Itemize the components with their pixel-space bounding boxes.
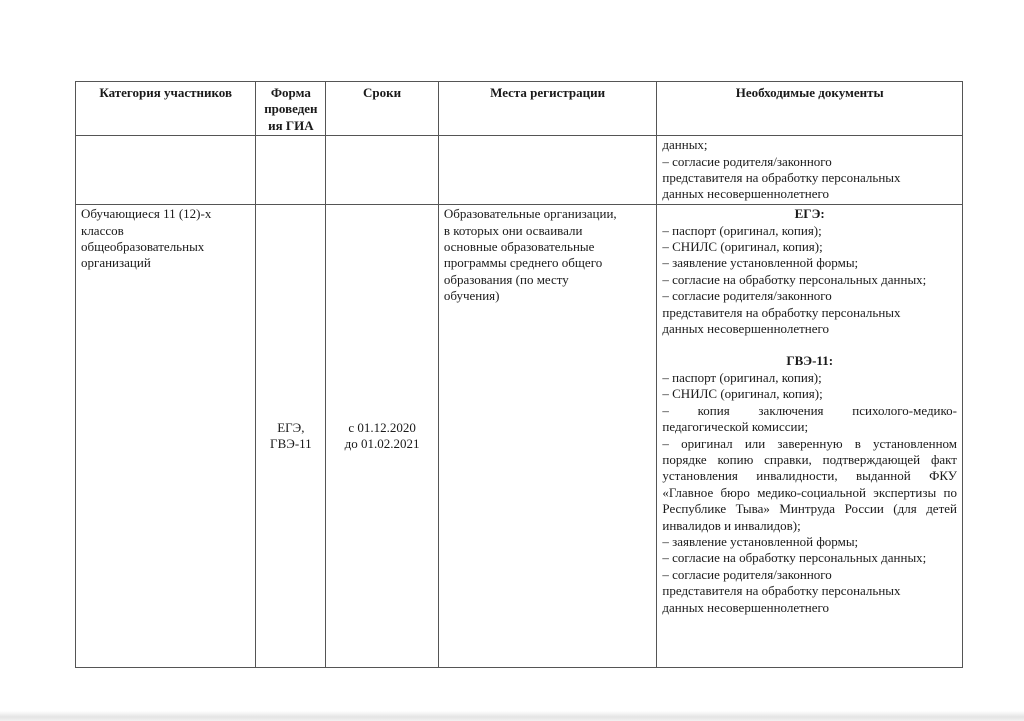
gve-document: – согласие на обработку персональных дан… [662,550,957,566]
ege-document: представителя на обработку персональных [662,305,957,321]
page-bottom-edge [0,711,1024,721]
category-line: Обучающиеся 11 (12)-х [81,206,250,222]
ege-document: – СНИЛС (оригинал, копия); [662,239,957,255]
cell-registration-place: Образовательные организации, в которых о… [438,205,657,668]
ege-document: – согласие на обработку персональных дан… [662,272,957,288]
gve-document: представителя на обработку персональных [662,583,957,599]
gve-section-title: ГВЭ-11: [662,353,957,369]
ege-document: – паспорт (оригинал, копия); [662,223,957,239]
header-documents: Необходимые документы [657,82,963,136]
ege-document: – согласие родителя/законного [662,288,957,304]
gve-document: – СНИЛС (оригинал, копия); [662,386,957,402]
gve-document: – копия заключения психолого-медико-педа… [662,403,957,436]
cell-registration-place [438,136,657,205]
gve-document: – паспорт (оригинал, копия); [662,370,957,386]
table-header-row: Категория участников Форма проведен ия Г… [76,82,963,136]
category-line: организаций [81,255,250,271]
cell-dates [326,136,438,205]
cell-documents: ЕГЭ: – паспорт (оригинал, копия); – СНИЛ… [657,205,963,668]
document-line: представителя на обработку персональных [662,170,957,186]
form-line: ЕГЭ, [261,420,320,436]
ege-document: данных несовершеннолетнего [662,321,957,337]
place-line: в которых они осваивали [444,223,652,239]
document-line: данных несовершеннолетнего [662,186,957,202]
cell-form: ЕГЭ, ГВЭ-11 [256,205,326,668]
cell-dates: с 01.12.2020 до 01.02.2021 [326,205,438,668]
header-form: Форма проведен ия ГИА [256,82,326,136]
place-line: образования (по месту [444,272,652,288]
table-row: Обучающиеся 11 (12)-х классов общеобразо… [76,205,963,668]
header-form-line: проведен [261,101,320,117]
gve-document: данных несовершеннолетнего [662,600,957,616]
place-line: Образовательные организации, [444,206,652,222]
section-spacer [662,337,957,353]
header-dates: Сроки [326,82,438,136]
date-to: до 01.02.2021 [331,436,432,452]
gve-document: – согласие родителя/законного [662,567,957,583]
cell-documents: данных; – согласие родителя/законного пр… [657,136,963,205]
date-from: с 01.12.2020 [331,420,432,436]
category-line: классов [81,223,250,239]
place-line: основные образовательные [444,239,652,255]
header-registration-place: Места регистрации [438,82,657,136]
ege-section-title: ЕГЭ: [662,206,957,222]
category-line: общеобразовательных [81,239,250,255]
cell-category [76,136,256,205]
cell-form [256,136,326,205]
gia-registration-table: Категория участников Форма проведен ия Г… [75,81,963,668]
gve-document: – оригинал или заверенную в установленно… [662,436,957,534]
document-line: – согласие родителя/законного [662,154,957,170]
gve-document: – заявление установленной формы; [662,534,957,550]
header-form-line: Форма [261,85,320,101]
place-line: обучения) [444,288,652,304]
cell-category: Обучающиеся 11 (12)-х классов общеобразо… [76,205,256,668]
place-line: программы среднего общего [444,255,652,271]
document-line: данных; [662,137,957,153]
header-category: Категория участников [76,82,256,136]
form-line: ГВЭ-11 [261,436,320,452]
table-row: данных; – согласие родителя/законного пр… [76,136,963,205]
header-form-line: ия ГИА [261,118,320,134]
ege-document: – заявление установленной формы; [662,255,957,271]
